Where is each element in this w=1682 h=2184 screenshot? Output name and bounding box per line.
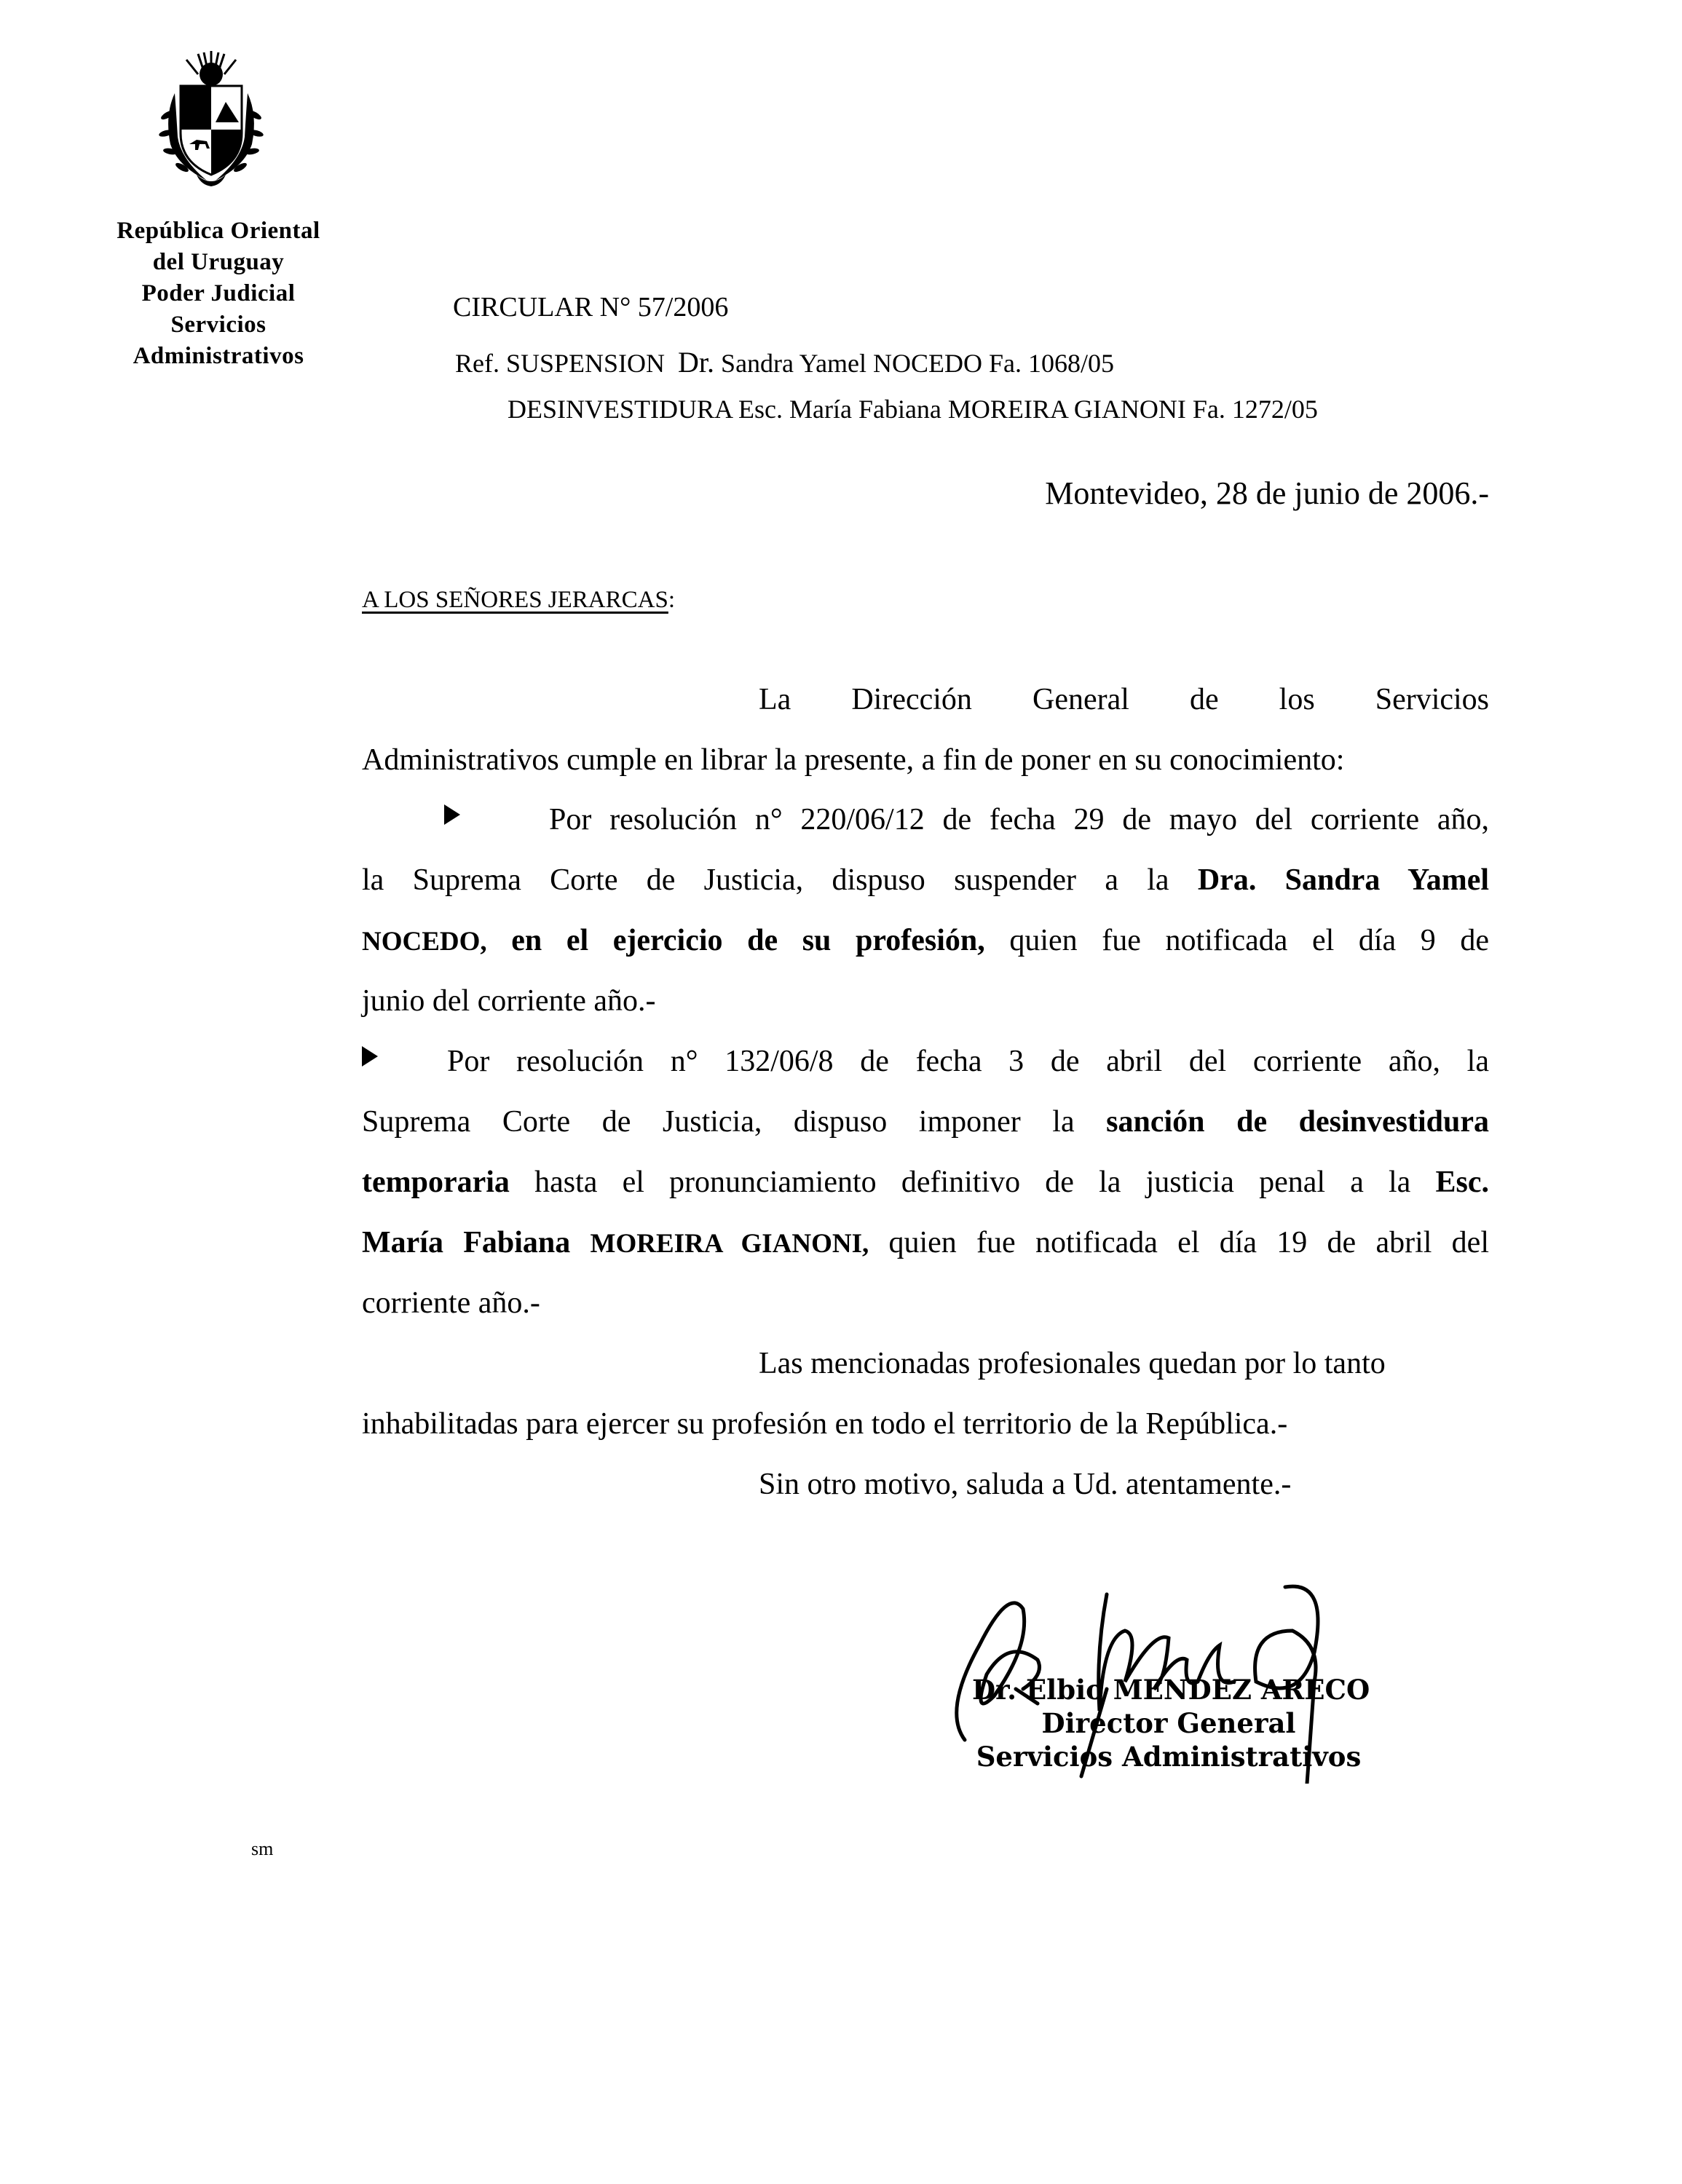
signatory-office: Servicios Administrativos xyxy=(972,1740,1365,1773)
item1-line-1-text: Por resolución n° 220/06/12 de fecha 29 … xyxy=(549,790,1489,850)
resolution-item-1: Por resolución n° 220/06/12 de fecha 29 … xyxy=(362,790,1489,1032)
addressee: A LOS SEÑORES JERARCAS: xyxy=(362,587,675,614)
circular-number: CIRCULAR N° 57/2006 xyxy=(453,291,728,323)
text: Esc. xyxy=(1436,1166,1490,1199)
closing-paragraph: Las mencionadas profesionales quedan por… xyxy=(362,1334,1489,1515)
item1-line-3: NOCEDO, en el ejercicio de su profesión,… xyxy=(362,911,1489,971)
ref-prefix: Ref. SUSPENSION xyxy=(455,349,665,378)
item2-line-5: corriente año.- xyxy=(362,1273,1489,1334)
intro-paragraph: La Dirección General de los Servicios Ad… xyxy=(362,670,1489,791)
intro-line-1: La Dirección General de los Servicios xyxy=(362,670,1489,730)
text: temporaria xyxy=(362,1166,510,1199)
text: Suprema Corte de Justicia, dispuso impon… xyxy=(362,1105,1075,1139)
sanctioned-surname: MOREIRA GIANONI, xyxy=(591,1229,869,1259)
item2-line-2: Suprema Corte de Justicia, dispuso impon… xyxy=(362,1092,1489,1152)
letterhead-line: del Uruguay xyxy=(95,247,342,278)
closing-line-3: Sin otro motivo, saluda a Ud. atentament… xyxy=(362,1455,1489,1515)
text: quien fue notificada el día 9 de xyxy=(1009,924,1489,957)
ref-rest: Sandra Yamel NOCEDO Fa. 1068/05 xyxy=(721,349,1114,378)
sanction: sanción de desinvestidura xyxy=(1106,1105,1489,1139)
date-line: Montevideo, 28 de junio de 2006.- xyxy=(1045,475,1489,512)
addressee-colon: : xyxy=(668,587,675,614)
closing-line-2: inhabilitadas para ejercer su profesión … xyxy=(362,1394,1489,1455)
suspended-surname: NOCEDO, xyxy=(362,927,487,957)
suspended-name: Dra. Sandra Yamel xyxy=(1198,863,1489,897)
intro-line-2: Administrativos cumple en librar la pres… xyxy=(362,730,1489,791)
word: Dirección xyxy=(851,683,972,716)
item2-line-4: María Fabiana MOREIRA GIANONI, quien fue… xyxy=(362,1213,1489,1273)
arrowhead-bullet-icon xyxy=(444,804,460,825)
addressee-text: A LOS SEÑORES JERARCAS xyxy=(362,587,668,613)
item2-line-3: temporaria hasta el pronunciamiento defi… xyxy=(362,1152,1489,1213)
signature-block: Dr. Elbio MENDEZ ARECO Director General … xyxy=(972,1673,1365,1773)
word: General xyxy=(1033,683,1129,716)
item2-line-1: Por resolución n° 132/06/8 de fecha 3 de… xyxy=(362,1032,1489,1092)
letterhead: República Oriental del Uruguay Poder Jud… xyxy=(95,215,342,372)
desinvestidura-line: DESINVESTIDURA Esc. María Fabiana MOREIR… xyxy=(508,394,1318,424)
word: La xyxy=(759,683,791,716)
word: de xyxy=(1190,683,1219,716)
typist-initials: sm xyxy=(251,1838,273,1860)
ref-title: Dr. xyxy=(678,346,714,379)
sanctioned-name: María Fabiana xyxy=(362,1226,570,1259)
reference-line: Ref. SUSPENSION Dr. Sandra Yamel NOCEDO … xyxy=(455,345,1114,379)
signatory-role: Director General xyxy=(972,1706,1365,1740)
text: la Suprema Corte de Justicia, dispuso su… xyxy=(362,863,1169,897)
coat-of-arms-icon xyxy=(153,50,269,188)
arrowhead-bullet-icon xyxy=(362,1046,378,1067)
text: quien fue notificada el día 19 de abril … xyxy=(888,1226,1489,1259)
item1-line-4: junio del corriente año.- xyxy=(362,971,1489,1032)
letterhead-line: Poder Judicial xyxy=(95,278,342,309)
item2-line-1-text: Por resolución n° 132/06/8 de fecha 3 de… xyxy=(447,1032,1489,1092)
letterhead-line: Servicios xyxy=(95,309,342,341)
item1-line-1: Por resolución n° 220/06/12 de fecha 29 … xyxy=(362,790,1489,850)
closing-line-1: Las mencionadas profesionales quedan por… xyxy=(362,1334,1489,1394)
text: hasta el pronunciamiento definitivo de l… xyxy=(534,1166,1410,1199)
resolution-item-2: Por resolución n° 132/06/8 de fecha 3 de… xyxy=(362,1032,1489,1334)
word: los xyxy=(1279,683,1315,716)
signatory-name: Dr. Elbio MENDEZ ARECO xyxy=(972,1673,1365,1706)
text: en el ejercicio de su profesión, xyxy=(511,924,985,957)
word: Servicios xyxy=(1375,683,1489,716)
letterhead-line: República Oriental xyxy=(95,215,342,247)
item1-line-2: la Suprema Corte de Justicia, dispuso su… xyxy=(362,850,1489,911)
letterhead-line: Administrativos xyxy=(95,341,342,372)
